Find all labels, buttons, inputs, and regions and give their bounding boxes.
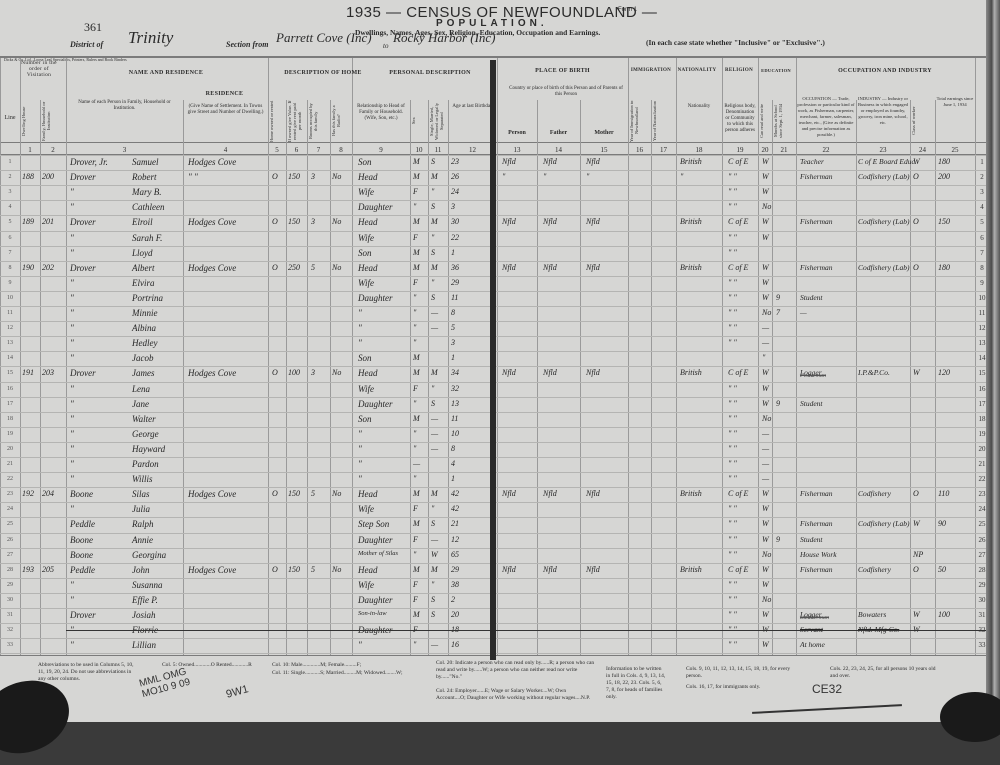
cell-industry: Codfishery (Lab) xyxy=(858,263,909,272)
cell-class: W xyxy=(913,610,920,619)
pen-stroke xyxy=(752,704,902,714)
cell-age: 65 xyxy=(451,550,459,559)
cell-sex: M xyxy=(413,248,420,257)
cell-owned: O xyxy=(272,489,278,498)
cell-age: 13 xyxy=(451,399,459,408)
cell-sex: " xyxy=(413,474,416,483)
footer-abbreviations: Abbreviations to be used in Columns 5, 1… xyxy=(38,662,138,683)
cell-relation: Wife xyxy=(358,233,374,243)
column-divider xyxy=(722,58,723,655)
column-header-2: Family, Household or Institution xyxy=(41,100,65,142)
column-number: 14 xyxy=(551,146,567,154)
cell-marital: S xyxy=(431,399,435,408)
cell-religion: " " xyxy=(728,278,737,287)
group-home: DESCRIPTION OF HOME xyxy=(277,70,369,76)
cell-religion: C of E xyxy=(728,157,748,166)
cell-industry: I.P.&P.Co. xyxy=(858,368,890,377)
cell-given: Willis xyxy=(132,474,153,484)
group-religion: RELIGION xyxy=(722,68,756,73)
census-page: Dicks & Co. Ltd., Loose Leaf Specialists… xyxy=(0,0,1000,722)
cell-class: W xyxy=(913,519,920,528)
cell-b-mother: " xyxy=(586,172,589,181)
cell-rooms: 5 xyxy=(311,565,315,574)
line-number: 2 xyxy=(2,174,18,180)
cell-read: No xyxy=(762,414,771,423)
section-label: Section from xyxy=(226,40,268,49)
cell-sex: M xyxy=(413,565,420,574)
cell-relation: Son xyxy=(358,248,372,258)
cell-radio: No xyxy=(332,263,341,272)
column-number: 20 xyxy=(757,146,773,154)
column-header-1: Dwelling House xyxy=(21,100,39,142)
form-label: Form 1 xyxy=(618,7,637,13)
cell-relation: Head xyxy=(358,565,378,575)
footer-col24: Col. 24: Employer......E; Wage or Salary… xyxy=(436,688,596,702)
cell-read: W xyxy=(762,489,769,498)
column-divider xyxy=(796,58,797,655)
cell-religion: " " xyxy=(728,580,737,589)
cell-school: 9 xyxy=(776,293,780,302)
cell-religion: " " xyxy=(728,233,737,242)
group-occupation: OCCUPATION AND INDUSTRY xyxy=(795,68,975,74)
cell-religion: " " xyxy=(728,248,737,257)
line-number: 4 xyxy=(2,204,18,210)
cell-read: — xyxy=(762,338,769,347)
cell-age: 11 xyxy=(451,293,458,302)
cell-marital: " xyxy=(431,187,434,196)
cell-read: No xyxy=(762,202,771,211)
cell-read: W xyxy=(762,233,769,242)
line-number: 6 xyxy=(2,235,18,241)
cell-marital: S xyxy=(431,610,435,619)
cell-read: W xyxy=(762,610,769,619)
group-nationality: NATIONALITY xyxy=(676,68,718,73)
cell-given: Mary B. xyxy=(132,187,162,197)
line-number: 30 xyxy=(2,597,18,603)
cell-surname: " xyxy=(70,399,74,409)
cell-marital: S xyxy=(431,519,435,528)
cell-read: W xyxy=(762,640,769,649)
cell-industry: Codfishery (Lab) xyxy=(858,217,909,226)
cell-relation: Wife xyxy=(358,580,374,590)
section-to: Rocky Harbor (Inc) xyxy=(393,30,496,46)
column-number: 19 xyxy=(732,146,748,154)
cell-class: NP xyxy=(913,550,923,559)
cell-surname: " xyxy=(70,278,74,288)
cell-relation: Son-in-law xyxy=(358,610,387,617)
cell-religion: " " xyxy=(728,172,737,181)
column-number: 23 xyxy=(875,146,891,154)
line-number: 32 xyxy=(2,627,18,633)
cell-nationality: British xyxy=(680,368,702,377)
cell-age: 42 xyxy=(451,489,459,498)
cell-read: W xyxy=(762,172,769,181)
footer-col10: Col. 10: Male.............M; Female.....… xyxy=(272,662,422,669)
cell-industry: C of E Board Educ. xyxy=(858,157,917,166)
cell-sex: " xyxy=(413,444,416,453)
column-divider xyxy=(628,58,629,655)
cell-religion: C of E xyxy=(728,217,748,226)
cell-surname: " xyxy=(70,414,74,424)
cell-sex: F xyxy=(413,187,418,196)
pencil-note-mid: 9W1 xyxy=(225,683,250,700)
cell-relation: Wife xyxy=(358,187,374,197)
cell-marital: — xyxy=(431,640,438,649)
cell-earnings: 150 xyxy=(938,217,950,226)
line-number: 24 xyxy=(2,506,18,512)
cell-given: Sarah F. xyxy=(132,233,162,243)
cell-given: Jane xyxy=(132,399,149,409)
cell-surname: " xyxy=(70,323,74,333)
cell-earnings: 180 xyxy=(938,263,950,272)
cell-radio: No xyxy=(332,489,341,498)
cell-radio: No xyxy=(332,217,341,226)
cell-nationality: " xyxy=(680,172,683,181)
cell-b-father: Nfld xyxy=(543,217,557,226)
cell-religion: " " xyxy=(728,504,737,513)
cell-age: 2 xyxy=(451,595,455,604)
column-divider xyxy=(66,58,67,655)
cell-sex: F xyxy=(413,278,418,287)
cell-religion: " " xyxy=(728,429,737,438)
cell-age: 3 xyxy=(451,338,455,347)
cell-marital: S xyxy=(431,202,435,211)
footer-cols-every: Cols. 9, 10, 11, 12, 13, 14, 15, 18, 19,… xyxy=(686,666,806,680)
cell-dwelling: 189 xyxy=(22,217,34,226)
cell-surname: " xyxy=(70,429,74,439)
cell-age: 1 xyxy=(451,353,455,362)
cell-read: W xyxy=(762,278,769,287)
footer-cols-immigrants: Cols. 16, 17, for immigrants only. xyxy=(686,684,806,691)
cell-age: 42 xyxy=(451,504,459,513)
column-number: 8 xyxy=(333,146,349,154)
cell-age: 12 xyxy=(451,535,459,544)
cell-given: Portrina xyxy=(132,293,163,303)
cell-value: 150 xyxy=(288,217,300,226)
cell-read: W xyxy=(762,519,769,528)
cell-given: Ralph xyxy=(132,519,154,529)
cell-sex: " xyxy=(413,550,416,559)
cell-occupation: Fisherman xyxy=(800,489,833,498)
cell-religion: " " xyxy=(728,384,737,393)
cell-marital: M xyxy=(431,565,438,574)
line-number: 11 xyxy=(2,310,18,316)
column-header-9: Relationship to Head of Family or Househ… xyxy=(353,104,409,122)
cell-industry: Codfishery xyxy=(858,489,891,498)
cell-occupation: Student xyxy=(800,399,823,408)
cell-owned: O xyxy=(272,217,278,226)
column-divider xyxy=(910,100,911,655)
cell-sex: M xyxy=(413,263,420,272)
cell-industry: Codfishery (Lab) xyxy=(858,519,909,528)
cell-b-mother: Nfld xyxy=(586,565,600,574)
cell-surname: Drover xyxy=(70,610,96,620)
column-divider xyxy=(307,100,308,655)
cell-age: 21 xyxy=(451,519,459,528)
cell-b-father: Nfld xyxy=(543,157,557,166)
cell-class: W xyxy=(913,157,920,166)
cell-surname: Drover, Jr. xyxy=(70,157,108,167)
cell-age: 29 xyxy=(451,565,459,574)
cell-relation: " xyxy=(358,308,362,318)
cell-religion: " " xyxy=(728,323,737,332)
cell-age: 8 xyxy=(451,308,455,317)
cell-given: Hayward xyxy=(132,444,165,454)
cell-rooms: 5 xyxy=(311,489,315,498)
cell-age: 34 xyxy=(451,368,459,377)
cell-relation: Daughter xyxy=(358,399,393,409)
cell-religion: " " xyxy=(728,187,737,196)
column-divider xyxy=(935,100,936,655)
cell-marital: " xyxy=(431,233,434,242)
column-number: 4 xyxy=(218,146,234,154)
cell-value: 150 xyxy=(288,172,300,181)
cell-given: Walter xyxy=(132,414,156,424)
cell-sex: " xyxy=(413,399,416,408)
cell-earnings: 120 xyxy=(938,368,950,377)
cell-b-father: Nfld xyxy=(543,368,557,377)
cell-marital: — xyxy=(431,414,438,423)
cell-marital: M xyxy=(431,489,438,498)
cell-b-father: Nfld xyxy=(543,263,557,272)
cell-marital: — xyxy=(431,323,438,332)
column-header-19: Religious body, Denomination or Communit… xyxy=(723,104,757,134)
cell-age: 23 xyxy=(451,157,459,166)
column-divider xyxy=(183,100,184,655)
column-header-12: Age at last Birthday xyxy=(449,104,496,110)
column-header-13: Person xyxy=(498,130,536,136)
cell-read: — xyxy=(762,429,769,438)
cell-nationality: British xyxy=(680,217,702,226)
cell-family: 200 xyxy=(42,172,54,181)
cell-read: " xyxy=(762,353,765,362)
cell-earnings: 50 xyxy=(938,565,946,574)
cell-school: 9 xyxy=(776,535,780,544)
cell-read: W xyxy=(762,187,769,196)
cell-rooms: 3 xyxy=(311,172,315,181)
column-header-5: Home owned or rented xyxy=(269,100,285,142)
cell-relation: Head xyxy=(358,263,378,273)
cell-religion: C of E xyxy=(728,489,748,498)
cell-religion: " " xyxy=(728,640,737,649)
column-header-24: Class of worker xyxy=(911,100,934,142)
cell-given: Elvira xyxy=(132,278,155,288)
cell-relation: Daughter xyxy=(358,595,393,605)
line-number: 3 xyxy=(2,189,18,195)
cell-earnings: 110 xyxy=(938,489,949,498)
column-number: 5 xyxy=(269,146,285,154)
cell-marital: M xyxy=(431,263,438,272)
column-divider xyxy=(0,58,1,655)
cell-age: 32 xyxy=(451,384,459,393)
cell-read: W xyxy=(762,368,769,377)
corner-shadow xyxy=(940,692,1000,722)
cell-surname: " xyxy=(70,459,74,469)
cell-b-person: " xyxy=(502,172,505,181)
cell-read: W xyxy=(762,384,769,393)
cell-read: — xyxy=(762,474,769,483)
column-number: 6 xyxy=(289,146,305,154)
cell-age: 16 xyxy=(451,640,459,649)
cell-b-mother: Nfld xyxy=(586,489,600,498)
footer-col11: Col. 11: Single...........S; Married....… xyxy=(272,670,422,677)
column-header-10: Sex xyxy=(411,100,427,142)
column-header-20: Can read and write xyxy=(759,100,771,142)
cell-surname: " xyxy=(70,504,74,514)
line-number: 20 xyxy=(2,446,18,452)
line-number: 16 xyxy=(2,386,18,392)
column-divider xyxy=(330,100,331,655)
cell-sex: M xyxy=(413,353,420,362)
line-number: 1 xyxy=(2,159,18,165)
cell-sex: F xyxy=(413,384,418,393)
cell-read: W xyxy=(762,217,769,226)
cell-radio: No xyxy=(332,565,341,574)
cell-sex: M xyxy=(413,519,420,528)
cell-read: W xyxy=(762,263,769,272)
cell-marital: S xyxy=(431,595,435,604)
cell-given: Josiah xyxy=(132,610,156,620)
pencil-note-right: CE32 xyxy=(812,682,842,696)
line-number: 26 xyxy=(2,537,18,543)
column-number: 11 xyxy=(430,146,446,154)
cell-occupation: At home xyxy=(800,640,825,649)
cell-religion: " " xyxy=(728,399,737,408)
cell-relation: " xyxy=(358,459,362,469)
cell-b-person: Nfld xyxy=(502,489,516,498)
cell-value: 100 xyxy=(288,368,300,377)
cell-given: Effie P. xyxy=(132,595,158,605)
cell-read: W xyxy=(762,504,769,513)
cell-b-person: Nfld xyxy=(502,263,516,272)
cell-marital: " xyxy=(431,504,434,513)
cell-marital: " xyxy=(431,384,434,393)
cell-religion: " " xyxy=(728,595,737,604)
cell-value: 150 xyxy=(288,489,300,498)
cell-religion: C of E xyxy=(728,565,748,574)
cell-owned: O xyxy=(272,263,278,272)
cell-b-father: Nfld xyxy=(543,489,557,498)
cell-read: No xyxy=(762,595,771,604)
cell-occupation-struck: Fisherman xyxy=(800,373,826,379)
cell-occupation: — xyxy=(800,308,807,317)
cell-age: 1 xyxy=(451,474,455,483)
cell-read: — xyxy=(762,459,769,468)
cell-relation: " xyxy=(358,338,362,348)
cell-sex: " xyxy=(413,308,416,317)
cell-radio: No xyxy=(332,368,341,377)
cell-age: 5 xyxy=(451,323,455,332)
cell-marital: — xyxy=(431,429,438,438)
cell-occupation: Fisherman xyxy=(800,565,833,574)
column-header-21: Months at School since Sept. 1, 1934 xyxy=(773,100,795,142)
cell-relation: Son xyxy=(358,353,372,363)
cell-religion: C of E xyxy=(728,263,748,272)
cell-relation: Mother of Silas xyxy=(358,550,398,557)
line-number: 33 xyxy=(2,642,18,648)
column-header-18: Nationality xyxy=(677,104,721,110)
line-number: 14 xyxy=(2,355,18,361)
cell-b-mother: Nfld xyxy=(586,217,600,226)
cell-relation: Head xyxy=(358,489,378,499)
cell-surname: " xyxy=(70,640,74,650)
cell-age: 24 xyxy=(451,187,459,196)
cell-given: Annie xyxy=(132,535,153,545)
cell-nationality: British xyxy=(680,157,702,166)
column-number: 16 xyxy=(632,146,648,154)
line-number: 5 xyxy=(2,219,18,225)
cell-age: 20 xyxy=(451,610,459,619)
footer-cols-10yr: Cols. 22, 23, 24, 25, for all persons 10… xyxy=(830,666,940,680)
cell-relation: " xyxy=(358,429,362,439)
cell-age: 22 xyxy=(451,233,459,242)
cell-relation: Head xyxy=(358,368,378,378)
line-number: 25 xyxy=(2,521,18,527)
cell-surname: Peddle xyxy=(70,565,95,575)
cell-age: 29 xyxy=(451,278,459,287)
cell-occupation: Teacher xyxy=(800,157,824,166)
line-number: 15 xyxy=(2,370,18,376)
footer-col20: Col. 20: Indicate a person who can read … xyxy=(436,660,596,681)
cell-given: Hedley xyxy=(132,338,157,348)
cell-relation: Daughter xyxy=(358,535,393,545)
cell-surname: " xyxy=(70,233,74,243)
cell-sex: " xyxy=(413,338,416,347)
column-number: 3 xyxy=(117,146,133,154)
cell-sex: " xyxy=(413,429,416,438)
cell-marital: W xyxy=(431,550,438,559)
cell-sex: " xyxy=(413,323,416,332)
cell-nationality: British xyxy=(680,489,702,498)
cell-marital: M xyxy=(431,172,438,181)
column-header-6: If owned give Value. If rented give rent… xyxy=(287,100,306,142)
book-spine xyxy=(490,60,496,660)
cell-school: 9 xyxy=(776,399,780,408)
column-divider xyxy=(40,100,41,655)
cell-b-mother: Nfld xyxy=(586,157,600,166)
cell-given: Albert xyxy=(132,263,155,273)
column-divider xyxy=(772,100,773,655)
cell-b-person: Nfld xyxy=(502,368,516,377)
cell-given: Lillian xyxy=(132,640,156,650)
column-header-22: OCCUPATION — Trade, profession or partic… xyxy=(797,96,855,138)
cell-surname: " xyxy=(70,353,74,363)
cell-read: W xyxy=(762,565,769,574)
cell-surname: Boone xyxy=(70,489,93,499)
cell-given: Julia xyxy=(132,504,150,514)
cell-occupation: House Work xyxy=(800,550,837,559)
cell-rooms: 3 xyxy=(311,368,315,377)
cell-occupation: Fisherman xyxy=(800,217,833,226)
cell-surname: Peddle xyxy=(70,519,95,529)
column-number: 7 xyxy=(311,146,327,154)
line-number: 8 xyxy=(2,265,18,271)
cell-sex: — xyxy=(413,459,420,468)
cell-read: — xyxy=(762,323,769,332)
cell-given: Minnie xyxy=(132,308,158,318)
cell-religion: " " xyxy=(728,610,737,619)
cell-occupation-struck: Lumberman xyxy=(800,615,829,621)
group-immigration: IMMIGRATION xyxy=(628,68,674,73)
column-divider xyxy=(410,100,411,655)
cell-owned: O xyxy=(272,368,278,377)
cell-relation: Son xyxy=(358,414,372,424)
group-personal: PERSONAL DESCRIPTION xyxy=(370,70,490,76)
line-number: 17 xyxy=(2,401,18,407)
line-number: 29 xyxy=(2,582,18,588)
line-number: 9 xyxy=(2,280,18,286)
cell-earnings: 100 xyxy=(938,610,950,619)
